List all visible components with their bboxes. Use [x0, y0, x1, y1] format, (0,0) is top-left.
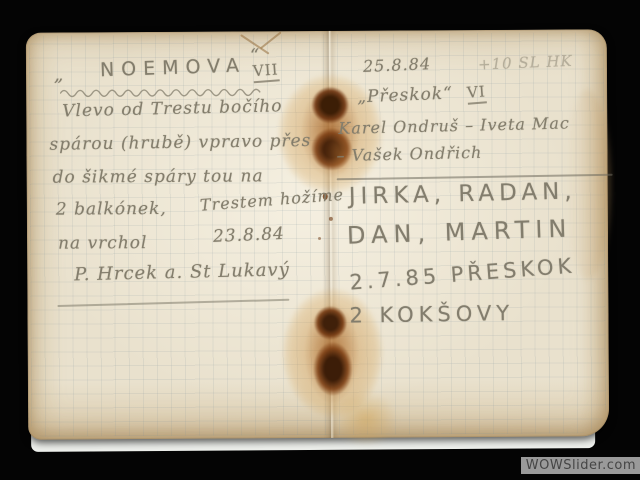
second-entry-line: 2 KOKŠOVY — [349, 301, 514, 327]
rust-speck — [329, 217, 333, 221]
left-route-line: do šikmé spáry tou na — [53, 166, 264, 187]
left-route-line: 2 balkónek, — [56, 199, 167, 220]
left-route-line: spárou (hrubě) vpravo přes — [49, 131, 311, 155]
wowslider-watermark-link[interactable]: WOWSlider.com — [521, 457, 640, 474]
second-entry-line: JIRKA, RADAN, — [348, 178, 576, 209]
left-climb-date: 23.8.84 — [213, 224, 286, 247]
squiggle-underline — [60, 86, 268, 97]
right-route-grade: VI — [466, 82, 486, 104]
left-page-route-title: NOEMOVA — [100, 55, 247, 82]
yellow-stain — [334, 391, 398, 447]
notebook-paper: „ NOEMOVA “ VII Vlevo od Trestu bočího s… — [26, 29, 609, 440]
right-route-name: „Přeskok“ — [357, 84, 453, 108]
rust-speck — [318, 237, 321, 240]
left-title-open-quote: „ — [54, 65, 64, 86]
left-route-grade: VII — [252, 60, 279, 83]
right-entry-date: 25.8.84 — [363, 54, 432, 76]
right-party-line: – Vašek Ondřich — [336, 143, 482, 165]
left-route-line: na vrchol — [58, 233, 147, 254]
